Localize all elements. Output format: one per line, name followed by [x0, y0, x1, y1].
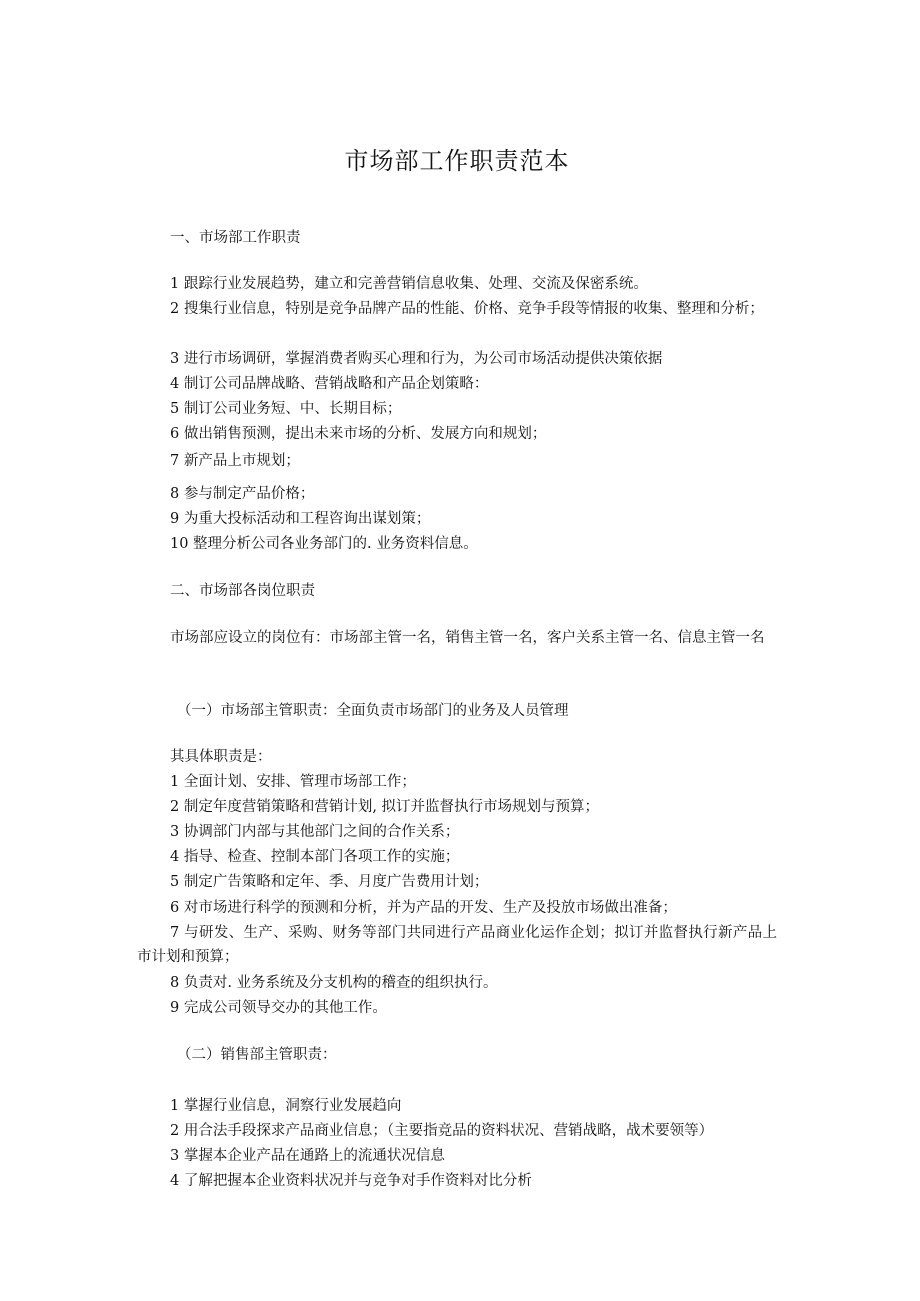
list-item: 6 做出销售预测，提出未来市场的分析、发展方向和规划；: [137, 422, 777, 446]
list-item: 7 与研发、生产、采购、财务等部门共同进行产品商业化运作企划；拟订并监督执行新产…: [137, 921, 777, 969]
list-item: 9 完成公司领导交办的其他工作。: [137, 996, 777, 1020]
list-item: 6 对市场进行科学的预测和分析，并为产品的开发、生产及投放市场做出准备；: [137, 896, 777, 920]
list-item: 4 了解把握本企业资料状况并与竞争对手作资料对比分析: [137, 1169, 777, 1193]
list-item: 2 搜集行业信息，特别是竞争品牌产品的性能、价格、竞争手段等情报的收集、整理和分…: [137, 297, 777, 321]
list-item: 2 用合法手段探求产品商业信息；（主要指竞品的资料状况、营销战略，战术要领等）: [137, 1119, 777, 1143]
section-heading-2: 二、市场部各岗位职责: [137, 579, 777, 603]
list-item: 3 进行市场调研，掌握消费者购买心理和行为，为公司市场活动提供决策依据: [137, 347, 777, 371]
document-title: 市场部工作职责范本: [137, 141, 777, 176]
list-item: 7 新产品上市规划；: [137, 449, 777, 473]
list-item: 10 整理分析公司各业务部门的. 业务资料信息。: [137, 532, 777, 556]
section-intro: 市场部应设立的岗位有：市场部主管一名，销售主管一名，客户关系主管一名、信息主管一…: [137, 626, 777, 650]
list-item: 8 参与制定产品价格；: [137, 482, 777, 506]
list-item: 8 负责对. 业务系统及分支机构的稽查的组织执行。: [137, 971, 777, 995]
list-item: 5 制定广告策略和定年、季、月度广告费用计划；: [137, 870, 777, 894]
list-item: 5 制订公司业务短、中、长期目标；: [137, 397, 777, 421]
subsection-heading-2: （二）销售部主管职责：: [137, 1043, 777, 1067]
list-item: 3 掌握本企业产品在通路上的流通状况信息: [137, 1144, 777, 1168]
list-item: 4 指导、检查、控制本部门各项工作的实施；: [137, 845, 777, 869]
list-item: 1 全面计划、安排、管理市场部工作；: [137, 770, 777, 794]
list-item: 4 制订公司品牌战略、营销战略和产品企划策略：: [137, 372, 777, 396]
list-item: 9 为重大投标活动和工程咨询出谋划策；: [137, 507, 777, 531]
list-item: 1 跟踪行业发展趋势，建立和完善营销信息收集、处理、交流及保密系统。: [137, 272, 777, 296]
section-heading-1: 一、市场部工作职责: [137, 226, 777, 250]
list-item: 3 协调部门内部与其他部门之间的合作关系；: [137, 820, 777, 844]
subsection-heading-1: （一）市场部主管职责：全面负责市场部门的业务及人员管理: [137, 699, 777, 723]
subsection-lead: 其具体职责是：: [137, 745, 777, 769]
list-item: 1 掌握行业信息，洞察行业发展趋向: [137, 1094, 777, 1118]
list-item: 2 制定年度营销策略和营销计划, 拟订并监督执行市场规划与预算；: [137, 795, 777, 819]
